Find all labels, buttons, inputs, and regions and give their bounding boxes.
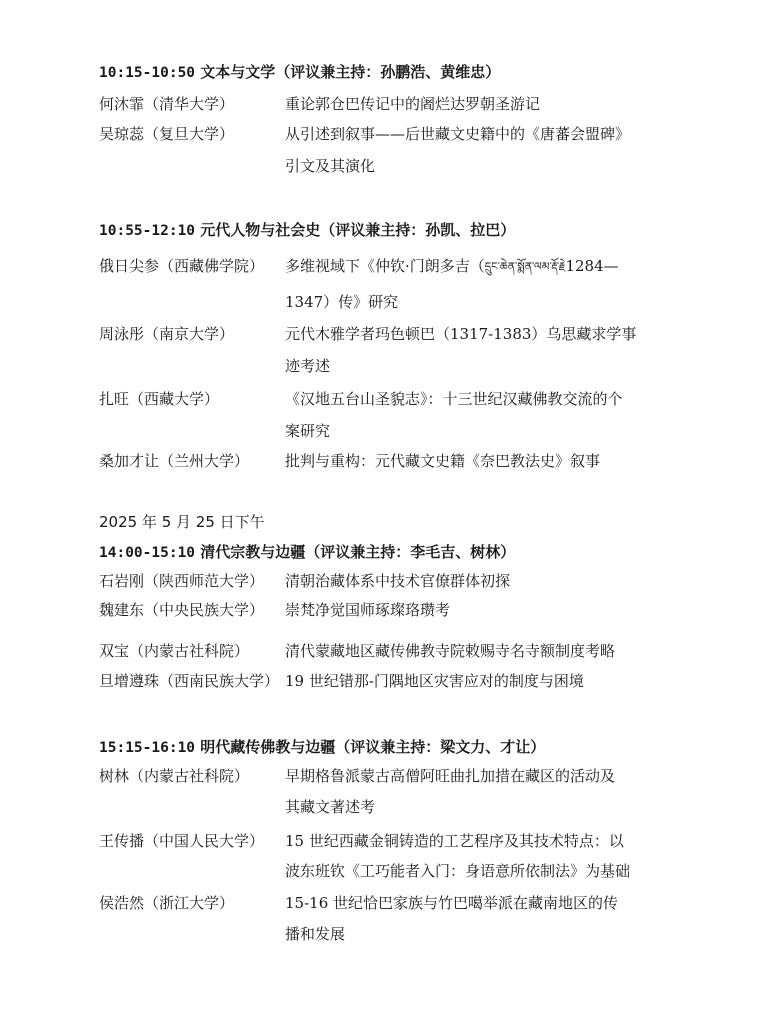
session-time: 10:15-10:50 — [99, 65, 195, 81]
session-time: 14:00-15:10 — [99, 545, 195, 561]
session-heading: 10:15-10:50 文本与文学（评议兼主持：孙鹏浩、黄维忠） — [99, 62, 500, 82]
speaker: 石岩刚（陕西师范大学） — [99, 571, 264, 591]
talk-title: 从引述到叙事——后世藏文史籍中的《唐蕃会盟碑》 — [285, 124, 630, 144]
speaker: 双宝（内蒙古社科院） — [99, 641, 249, 661]
talk-title-continued: 其藏文著述考 — [285, 797, 375, 817]
speaker: 旦增遵珠（西南民族大学） — [99, 671, 279, 691]
talk-title: 清代蒙藏地区藏传佛教寺院敕赐寺名寺额制度考略 — [285, 641, 615, 661]
tibetan-name: དྲུང་ཆེན་སྨོན་ལམ་རྡོ་རྗེ — [485, 260, 566, 273]
talk-title-continued: 播和发展 — [285, 924, 345, 944]
session-heading: 14:00-15:10 清代宗教与边疆（评议兼主持：李毛吉、树林） — [99, 542, 515, 562]
session-time: 15:15-16:10 — [99, 740, 195, 756]
talk-title: 清朝治藏体系中技术官僚群体初探 — [285, 571, 510, 591]
speaker: 何沐霏（清华大学） — [99, 94, 234, 114]
date-label: 2025 年 5 月 25 日下午 — [99, 512, 265, 532]
talk-title: 早期格鲁派蒙古高僧阿旺曲扎加措在藏区的活动及 — [285, 766, 615, 786]
speaker: 魏建东（中央民族大学） — [99, 600, 264, 620]
talk-title-continued: 引文及其演化 — [285, 156, 375, 176]
talk-title: 重论郭仓巴传记中的阇烂达罗朝圣游记 — [285, 94, 540, 114]
speaker: 王传播（中国人民大学） — [99, 831, 264, 851]
session-title: 清代宗教与边疆（评议兼主持：李毛吉、树林） — [195, 543, 515, 561]
talk-title: 批判与重构：元代藏文史籍《奈巴教法史》叙事 — [285, 451, 600, 471]
talk-title: 多维视域下《仲钦·门朗多吉（དྲུང་ཆེན་སྨོན་ལམ་རྡོ་རྗེ12… — [285, 256, 619, 277]
speaker: 桑加才让（兰州大学） — [99, 451, 249, 471]
session-title: 文本与文学（评议兼主持：孙鹏浩、黄维忠） — [195, 63, 500, 81]
talk-title: 元代木雅学者玛色顿巴（1317-1383）乌思藏求学事 — [285, 324, 636, 344]
speaker: 侯浩然（浙江大学） — [99, 893, 234, 913]
talk-title-text: 多维视域下《仲钦·门朗多吉（ — [285, 257, 485, 275]
speaker: 扎旺（西藏大学） — [99, 389, 219, 409]
talk-title-continued: 1347）传》研究 — [285, 292, 398, 312]
talk-title-continued: 波东班钦《工巧能者入门：身语意所依制法》为基础 — [285, 861, 630, 881]
talk-title-continued: 迹考述 — [285, 356, 330, 376]
session-time: 10:55-12:10 — [99, 223, 195, 239]
speaker: 俄日尖参（西藏佛学院） — [99, 256, 264, 276]
session-heading: 15:15-16:10 明代藏传佛教与边疆（评议兼主持：梁文力、才让） — [99, 737, 545, 757]
speaker: 周泳彤（南京大学） — [99, 324, 234, 344]
talk-title: 《汉地五台山圣貌志》：十三世纪汉藏佛教交流的个 — [285, 389, 623, 409]
session-heading: 10:55-12:10 元代人物与社会史（评议兼主持：孙凯、拉巴） — [99, 220, 515, 240]
session-title: 元代人物与社会史（评议兼主持：孙凯、拉巴） — [195, 221, 515, 239]
speaker: 树林（内蒙古社科院） — [99, 766, 249, 786]
session-title: 明代藏传佛教与边疆（评议兼主持：梁文力、才让） — [195, 738, 545, 756]
talk-title: 崇梵净觉国师琢璨珞瓒考 — [285, 600, 450, 620]
talk-title: 15 世纪西藏金铜铸造的工艺程序及其技术特点：以 — [285, 831, 624, 851]
talk-title: 19 世纪错那-门隅地区灾害应对的制度与困境 — [285, 671, 584, 691]
talk-title: 15-16 世纪恰巴家族与竹巴噶举派在藏南地区的传 — [285, 893, 618, 913]
talk-title-years: 1284— — [565, 257, 618, 275]
speaker: 吴琼蕊（复旦大学） — [99, 124, 234, 144]
talk-title-continued: 案研究 — [285, 421, 330, 441]
